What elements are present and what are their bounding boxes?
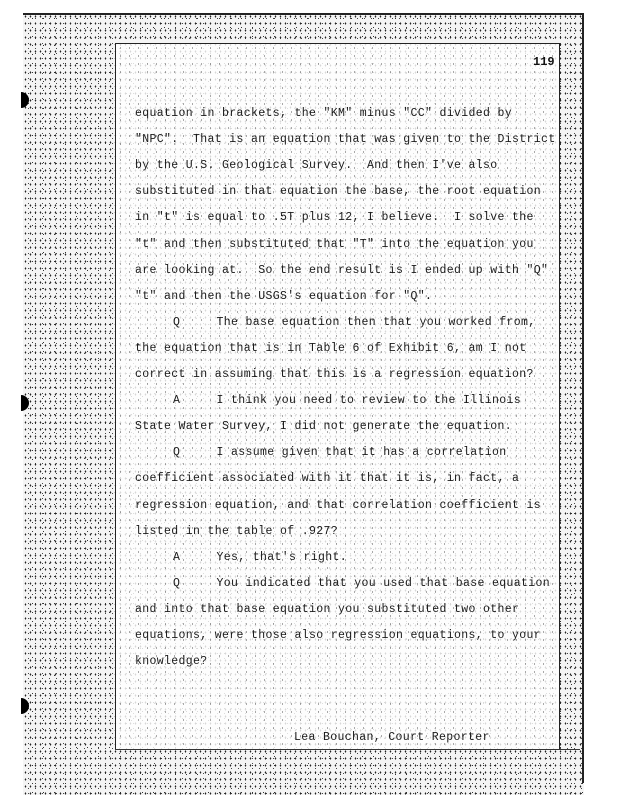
transcript-line: Q You indicated that you used that base … <box>173 577 550 590</box>
transcript-line: "t" and then the USGS's equation for "Q"… <box>135 290 432 303</box>
transcript-line: correct in assuming that this is a regre… <box>135 368 534 381</box>
transcript-line: State Water Survey, I did not generate t… <box>135 420 512 433</box>
court-reporter-footer: Lea Bouchan, Court Reporter <box>294 731 490 744</box>
transcript-line: A Yes, that's right. <box>173 551 347 564</box>
transcript-line: "t" and then substituted that "T" into t… <box>135 238 534 251</box>
transcript-line: are looking at. So the end result is I e… <box>135 264 548 277</box>
transcript-line: listed in the table of .927? <box>135 525 338 538</box>
transcript-line: Q The base equation then that you worked… <box>173 316 536 329</box>
transcript-line: the equation that is in Table 6 of Exhib… <box>135 342 527 355</box>
transcript-line: "NPC". That is an equation that was give… <box>135 133 556 146</box>
transcript-line: substituted in that equation the base, t… <box>135 185 541 198</box>
page-top-edge <box>23 13 584 15</box>
page-number: 119 <box>533 55 555 69</box>
transcript-line: equation in brackets, the "KM" minus "CC… <box>135 107 512 120</box>
transcript-line: regression equation, and that correlatio… <box>135 499 541 512</box>
transcript-line: by the U.S. Geological Survey. And then … <box>135 159 498 172</box>
page-right-edge <box>582 13 584 783</box>
transcript-line: Q I assume given that it has a correlati… <box>173 446 507 459</box>
transcript-line: A I think you need to review to the Illi… <box>173 394 521 407</box>
transcript-line: knowledge? <box>135 655 208 668</box>
transcript-line: coefficient associated with it that it i… <box>135 472 519 485</box>
footer-rule <box>115 749 580 750</box>
transcript-line: and into that base equation you substitu… <box>135 603 519 616</box>
transcript-line: in "t" is equal to .5T plus 12, I believ… <box>135 211 534 224</box>
transcript-line: equations, were those also regression eq… <box>135 629 541 642</box>
